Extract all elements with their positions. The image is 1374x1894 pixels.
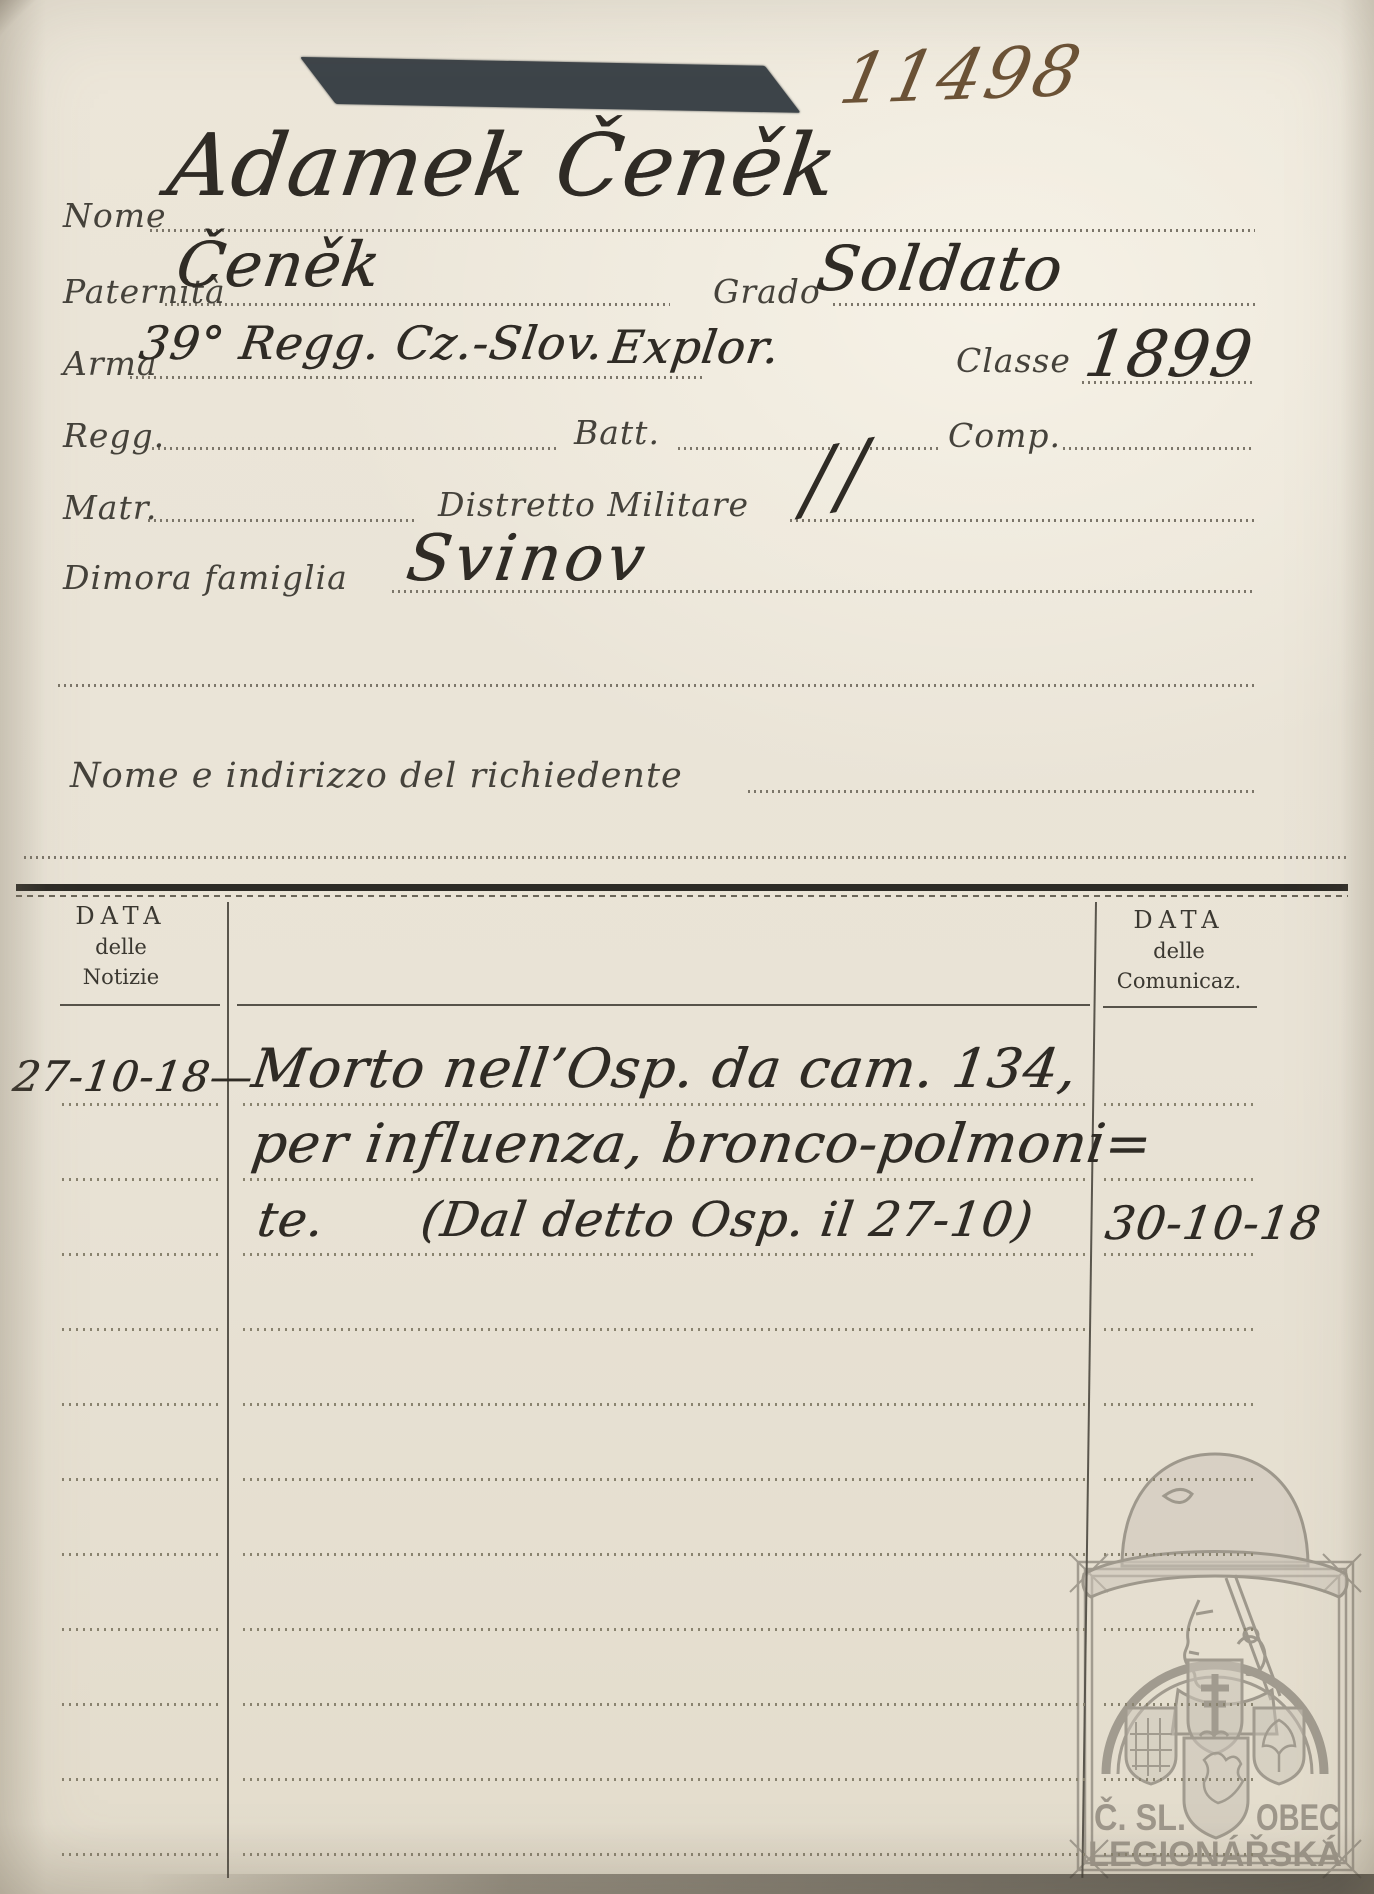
dotted-line bbox=[152, 447, 560, 450]
header-text: Notizie bbox=[15, 962, 227, 992]
entry-text-line1: Morto nell’Osp. da cam. 134, bbox=[248, 1037, 1081, 1100]
helmet-icon bbox=[1083, 1454, 1347, 1597]
table-row-line bbox=[62, 1853, 218, 1856]
header-underline bbox=[60, 1004, 220, 1006]
section-rule bbox=[16, 884, 1348, 891]
table-row-line bbox=[1104, 1553, 1256, 1556]
table-row-line bbox=[62, 1103, 218, 1106]
table-row-line bbox=[243, 1628, 1088, 1631]
table-row-line bbox=[243, 1553, 1088, 1556]
section-rule-shadow bbox=[16, 895, 1348, 897]
table-row-line bbox=[243, 1253, 1088, 1256]
richiedente-label: Nome e indirizzo del richiedente bbox=[70, 756, 683, 796]
nome-value: Adamek Čeněk bbox=[162, 116, 843, 216]
table-row-line bbox=[243, 1328, 1088, 1331]
dotted-line bbox=[58, 684, 1255, 687]
table-header-notizie: DATA delle Notizie bbox=[15, 900, 227, 992]
card-number: 11498 bbox=[833, 30, 1090, 120]
table-row-line bbox=[243, 1853, 1088, 1856]
comp-label: Comp. bbox=[948, 416, 1061, 455]
table-row-line bbox=[1104, 1253, 1256, 1256]
table-row-line bbox=[62, 1253, 218, 1256]
table-row-line bbox=[1104, 1628, 1256, 1631]
grado-label: Grado bbox=[713, 272, 821, 311]
arma-value: 39° Regg. Cz.-Slov. bbox=[136, 316, 607, 370]
table-header-comunicaz: DATA delle Comunicaz. bbox=[1098, 904, 1260, 996]
entry-date-comunicaz: 30-10-18 bbox=[1102, 1196, 1324, 1250]
dotted-line bbox=[148, 519, 416, 522]
table-row-line bbox=[62, 1403, 218, 1406]
card-bottom-edge-shadow bbox=[140, 1874, 1374, 1894]
nome-label: Nome bbox=[63, 196, 167, 235]
dimora-label: Dimora famiglia bbox=[63, 558, 348, 597]
batt-label: Batt. bbox=[574, 413, 660, 452]
distretto-label: Distretto Militare bbox=[438, 485, 749, 524]
header-text: delle bbox=[1098, 936, 1260, 966]
classe-value: 1899 bbox=[1080, 318, 1257, 392]
table-row-line bbox=[1104, 1178, 1256, 1181]
table-row-line bbox=[62, 1628, 218, 1631]
paternita-value: Čeněk bbox=[172, 228, 386, 301]
dotted-line bbox=[24, 856, 1346, 859]
entry-date-notizie: 27-10-18— bbox=[10, 1052, 257, 1101]
military-record-card: 11498 Nome Adamek Čeněk Paternità Čeněk … bbox=[0, 0, 1374, 1894]
table-row-line bbox=[1104, 1703, 1256, 1706]
table-row-line bbox=[1104, 1853, 1256, 1856]
dimora-value: Svinov bbox=[402, 522, 653, 596]
table-row-line bbox=[243, 1778, 1088, 1781]
header-text: DATA bbox=[15, 900, 227, 932]
emblem-text-obec: OBEC bbox=[1256, 1797, 1340, 1838]
table-row-line bbox=[243, 1403, 1088, 1406]
grado-value: Soldato bbox=[812, 232, 1068, 305]
table-row-line bbox=[243, 1103, 1088, 1106]
table-row-line bbox=[1104, 1478, 1256, 1481]
table-row-line bbox=[62, 1328, 218, 1331]
table-row-line bbox=[243, 1478, 1088, 1481]
table-row-line bbox=[62, 1778, 218, 1781]
table-row-line bbox=[1104, 1403, 1256, 1406]
matr-label: Matr. bbox=[63, 488, 157, 527]
header-text: delle bbox=[15, 932, 227, 962]
entry-text-line2: per influenza, bronco-polmoni= bbox=[248, 1112, 1156, 1175]
table-row-line bbox=[62, 1553, 218, 1556]
table-row-line bbox=[1104, 1328, 1256, 1331]
table-row-line bbox=[243, 1178, 1088, 1181]
table-row-line bbox=[62, 1478, 218, 1481]
dotted-line bbox=[165, 303, 670, 306]
redaction-bar bbox=[300, 57, 801, 113]
dotted-line bbox=[748, 790, 1255, 793]
header-text: Comunicaz. bbox=[1098, 966, 1260, 996]
classe-label: Classe bbox=[956, 341, 1071, 380]
dotted-line bbox=[1063, 447, 1255, 450]
table-row-line bbox=[243, 1703, 1088, 1706]
table-row-line bbox=[62, 1178, 218, 1181]
header-underline bbox=[237, 1004, 1090, 1006]
distretto-value: // bbox=[800, 421, 877, 531]
header-underline bbox=[1103, 1006, 1257, 1008]
regg-label: Regg. bbox=[63, 416, 165, 455]
table-row-line bbox=[1104, 1778, 1256, 1781]
dotted-line bbox=[130, 376, 705, 379]
header-text: DATA bbox=[1098, 904, 1260, 936]
column-divider-left bbox=[227, 902, 229, 1878]
entry-text-line3: te. (Dal detto Osp. il 27-10) bbox=[254, 1192, 1037, 1248]
emblem-text-csl: Č. SL. bbox=[1094, 1796, 1186, 1838]
legion-emblem-watermark: Č. SL. OBEC LEGIONÁŘSKÁ bbox=[1068, 1438, 1363, 1883]
table-row-line bbox=[1104, 1103, 1256, 1106]
table-row-line bbox=[62, 1703, 218, 1706]
arma-value-2: Explor. bbox=[606, 320, 784, 374]
